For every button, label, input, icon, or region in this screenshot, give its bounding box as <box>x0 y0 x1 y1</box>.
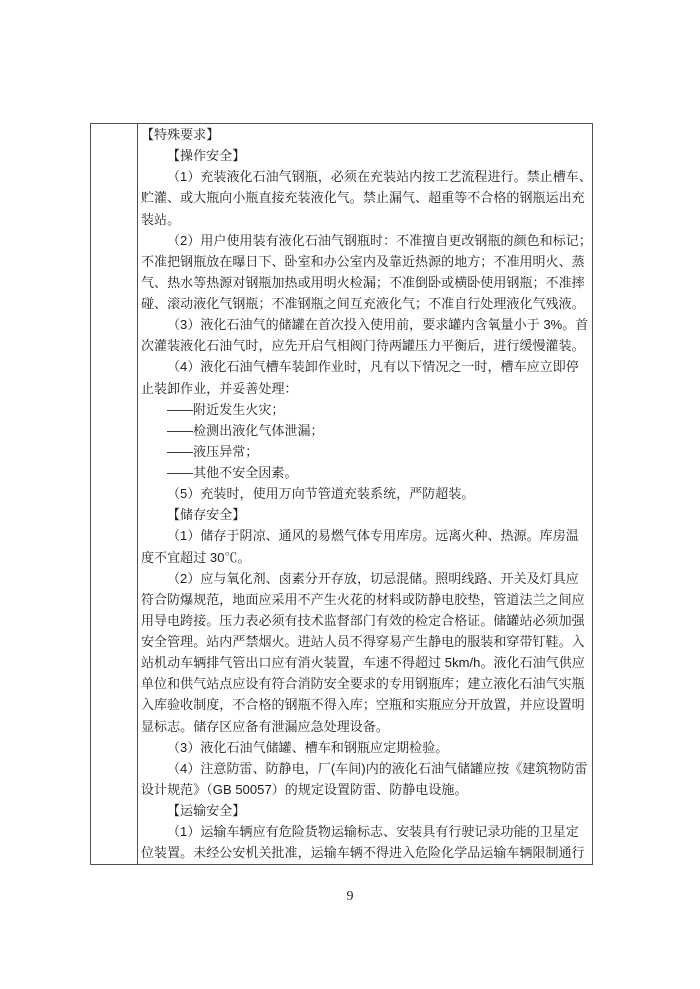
text-line: 单位和供气站点应设有符合消防安全要求的专用钢瓶库；建立液化石油气实瓶 <box>141 673 586 694</box>
text-line: （3）液化石油气的储罐在首次投入使用前，要求罐内含氧量小于 3%。首 <box>141 314 586 335</box>
text-line: 次灌装液化石油气时，应先开启气相阀门待两罐压力平衡后，进行缓慢灌装。 <box>141 335 586 356</box>
text-line: 显标志。储存区应备有泄漏应急处理设备。 <box>141 716 586 737</box>
document-page: 【特殊要求】【操作安全】（1）充装液化石油气钢瓶，必须在充装站内按工艺流程进行。… <box>0 0 700 989</box>
text-line: （1）运输车辆应有危险货物运输标志、安装具有行驶记录功能的卫星定 <box>141 821 586 842</box>
page-number: 9 <box>0 889 700 905</box>
text-line: 装站。 <box>141 209 586 230</box>
text-line: （4）液化石油气槽车装卸作业时，凡有以下情况之一时，槽车应立即停 <box>141 356 586 377</box>
text-line: 【运输安全】 <box>141 800 586 821</box>
text-line: （4）注意防雷、防静电，厂(车间)内的液化石油气储罐应按《建筑物防雷 <box>141 758 586 779</box>
text-line: 止装卸作业，并妥善处理： <box>141 378 586 399</box>
text-line: 不准把钢瓶放在曝日下、卧室和办公室内及靠近热源的地方；不准用明火、蒸 <box>141 251 586 272</box>
text-line: （1）充装液化石油气钢瓶，必须在充装站内按工艺流程进行。禁止槽车、 <box>141 166 586 187</box>
text-line: ——附近发生火灾； <box>141 399 586 420</box>
text-line: （1）储存于阴凉、通风的易燃气体专用库房。远离火种、热源。库房温 <box>141 525 586 546</box>
text-line: 符合防爆规范，地面应采用不产生火花的材料或防静电胶垫，管道法兰之间应 <box>141 589 586 610</box>
text-line: （2）用户使用装有液化石油气钢瓶时：不准擅自更改钢瓶的颜色和标记； <box>141 230 586 251</box>
text-line: 用导电跨接。压力表必须有技术监督部门有效的检定合格证。储罐站必须加强 <box>141 610 586 631</box>
text-line: 气、热水等热源对钢瓶加热或用明火检漏；不准倒卧或横卧使用钢瓶；不准摔 <box>141 272 586 293</box>
table-cell-content: 【特殊要求】【操作安全】（1）充装液化石油气钢瓶，必须在充装站内按工艺流程进行。… <box>138 124 592 864</box>
text-line: ——液压异常； <box>141 441 586 462</box>
text-line: 贮灌、或大瓶向小瓶直接充装液化气。禁止漏气、超重等不合格的钢瓶运出充 <box>141 187 586 208</box>
text-line: 站机动车辆排气管出口应有消火装置，车速不得超过 5km/h。液化石油气供应 <box>141 652 586 673</box>
text-line: 度不宜超过 30℃。 <box>141 547 586 568</box>
text-line: 设计规范》（GB 50057）的规定设置防雷、防静电设施。 <box>141 779 586 800</box>
text-line: 位装置。未经公安机关批准，运输车辆不得进入危险化学品运输车辆限制通行 <box>141 842 586 863</box>
text-line: 入库验收制度，不合格的钢瓶不得入库；空瓶和实瓶应分开放置，并应设置明 <box>141 694 586 715</box>
text-line: （2）应与氧化剂、卤素分开存放，切忌混储。照明线路、开关及灯具应 <box>141 568 586 589</box>
text-line: （3）液化石油气储罐、槽车和钢瓶应定期检验。 <box>141 737 586 758</box>
text-line: ——检测出液化气体泄漏； <box>141 420 586 441</box>
text-line: 安全管理。站内严禁烟火。进站人员不得穿易产生静电的服装和穿带钉鞋。入 <box>141 631 586 652</box>
text-line: 【操作安全】 <box>141 145 586 166</box>
content-table: 【特殊要求】【操作安全】（1）充装液化石油气钢瓶，必须在充装站内按工艺流程进行。… <box>90 123 593 865</box>
text-line: （5）充装时，使用万向节管道充装系统，严防超装。 <box>141 483 586 504</box>
text-line: ——其他不安全因素。 <box>141 462 586 483</box>
table-cell-empty <box>91 124 138 864</box>
text-line: 碰、滚动液化气钢瓶；不准钢瓶之间互充液化气；不准自行处理液化气残液。 <box>141 293 586 314</box>
text-line: 【储存安全】 <box>141 504 586 525</box>
text-line: 【特殊要求】 <box>141 124 586 145</box>
